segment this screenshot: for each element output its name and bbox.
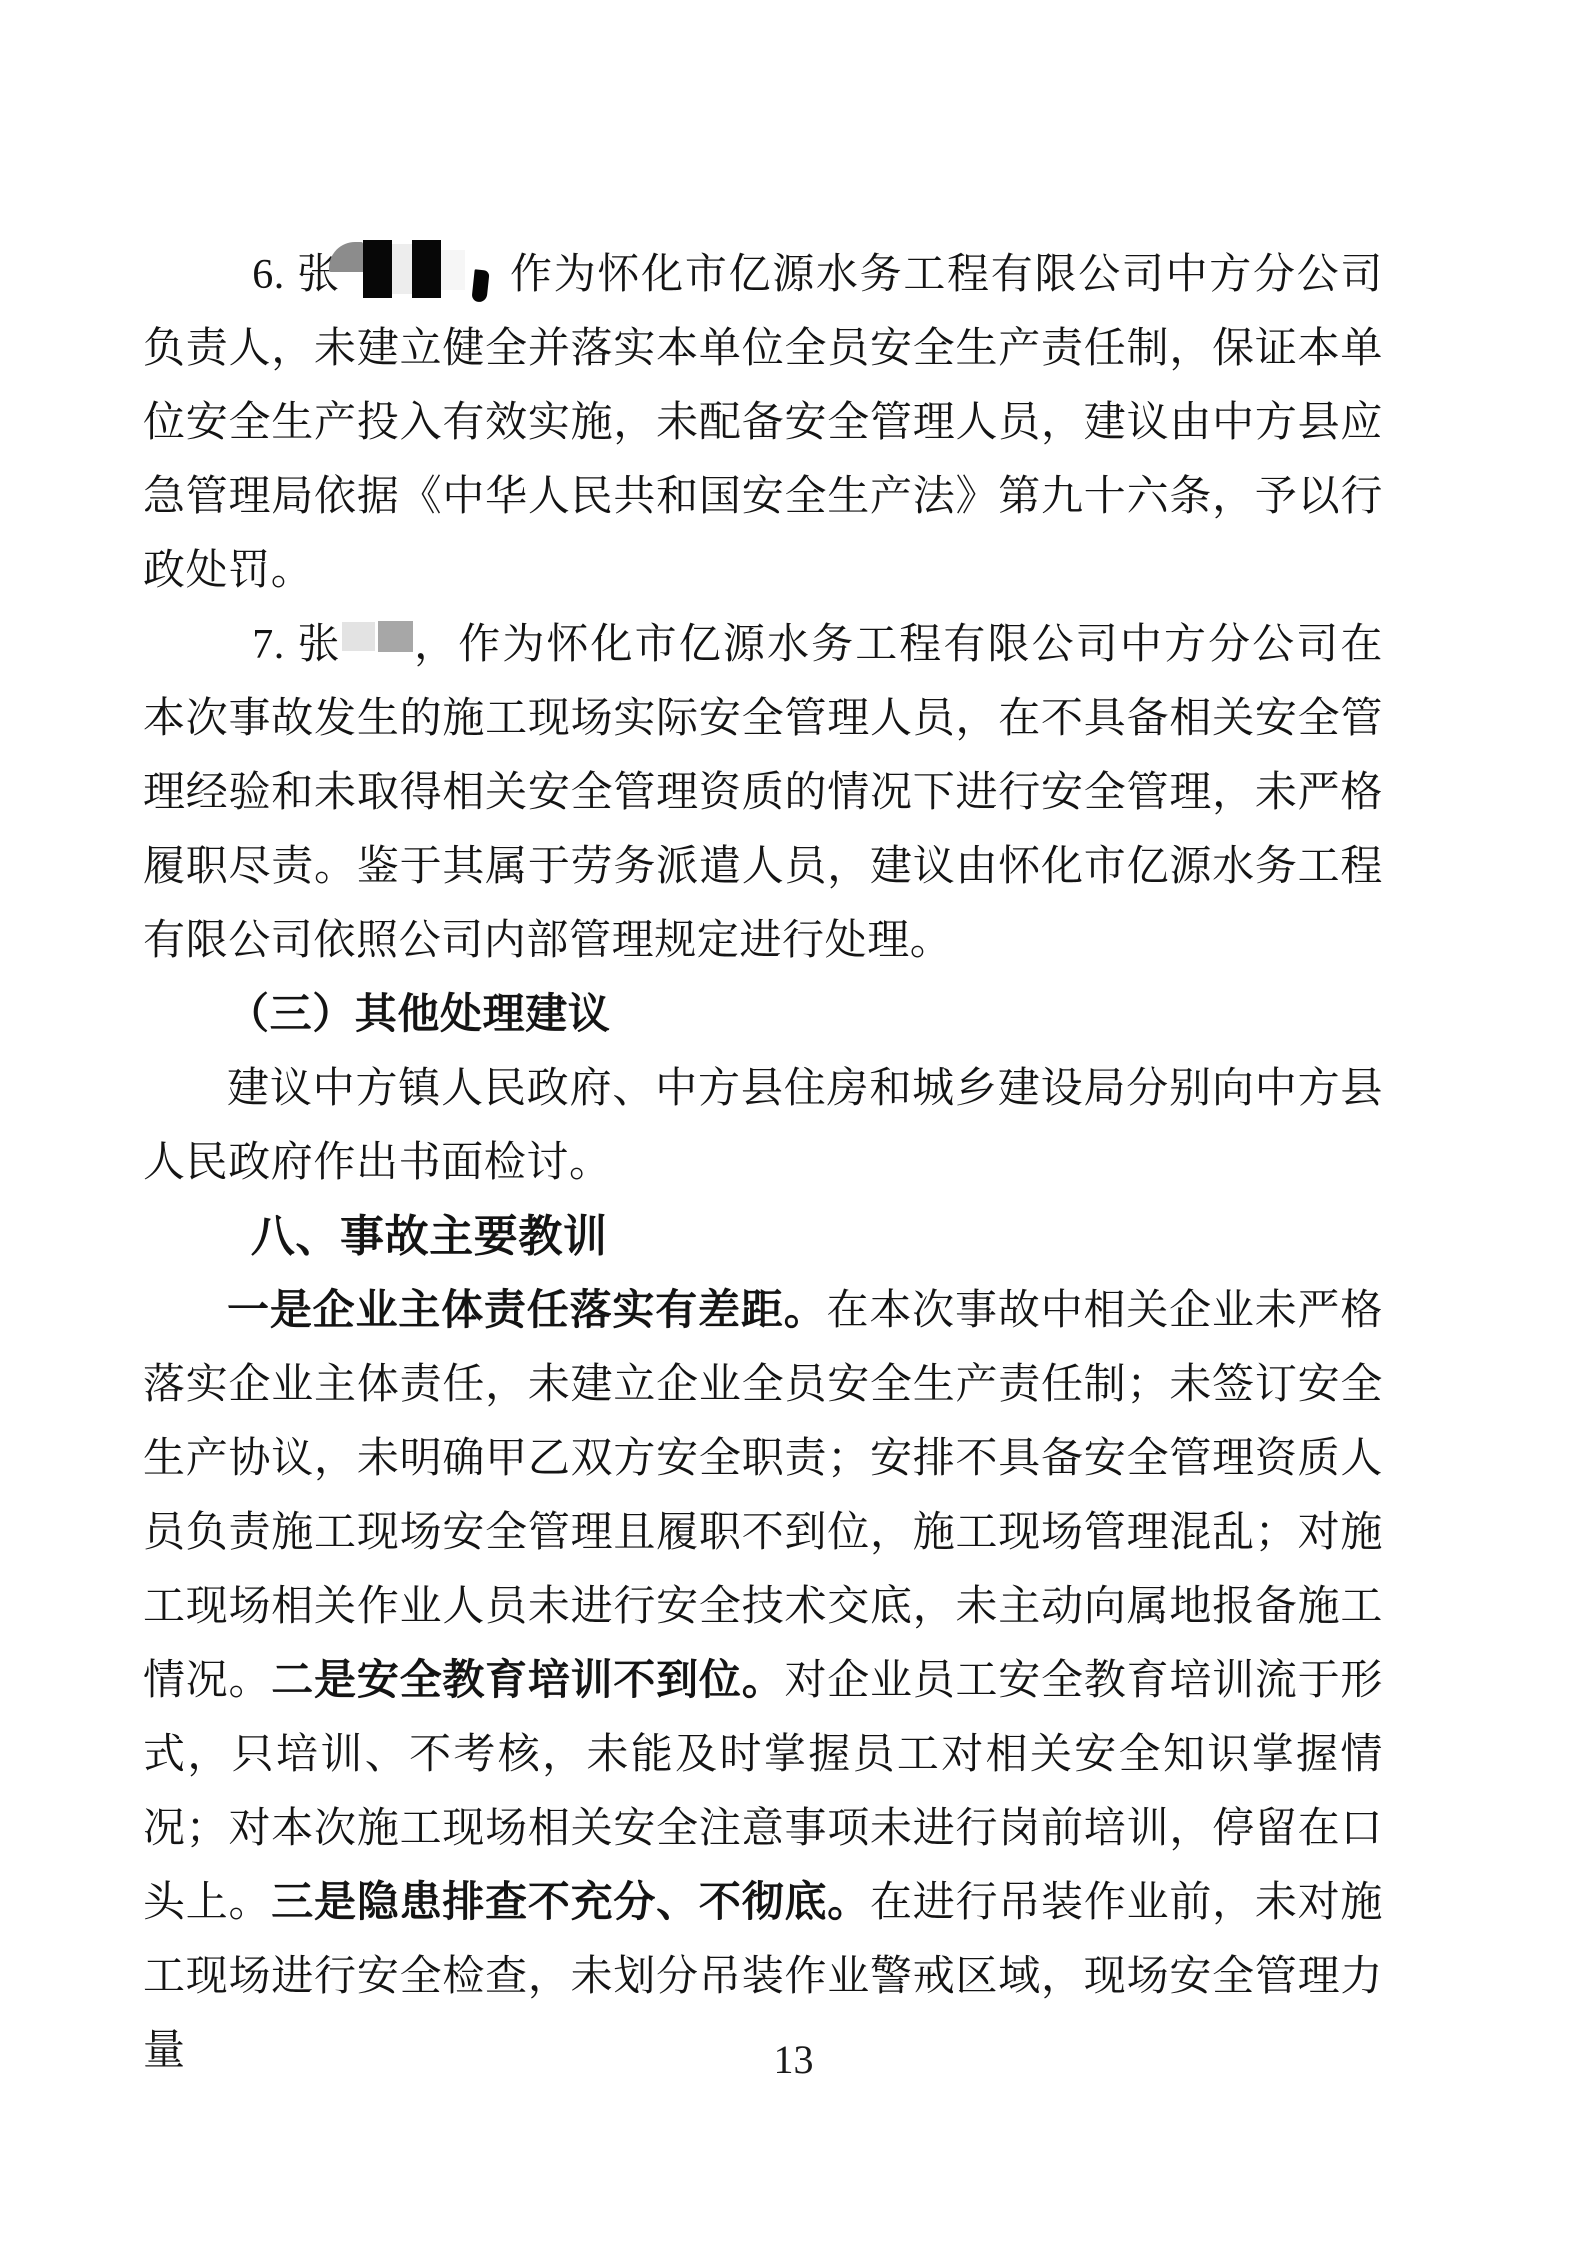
heading-lessons: 八、事故主要教训 (143, 1200, 1383, 1274)
text-run: 作为怀化市亿源水务工程有限公司中方分公司负责人，未建立健全并落实本单位全员安全生… (143, 252, 1383, 594)
redaction-box (412, 240, 441, 298)
paragraph-item-7: 7. 张，作为怀化市亿源水务工程有限公司中方分公司在本次事故发生的施工现场实际安… (143, 608, 1383, 978)
redaction-box (471, 269, 489, 302)
paragraph-lessons: 一是企业主体责任落实有差距。在本次事故中相关企业未严格落实企业主体责任，未建立企… (143, 1274, 1383, 2088)
text-run: ，作为怀化市亿源水务工程有限公司中方分公司在本次事故发生的施工现场实际安全管理人… (143, 622, 1383, 964)
redaction-box (378, 621, 413, 652)
redaction-box (441, 250, 465, 290)
text-run: 6. 张 (252, 252, 341, 298)
redaction-box (392, 244, 412, 294)
document-page: 6. 张 作为怀化市亿源水务工程有限公司中方分公司负责人，未建立健全并落实本单位… (0, 0, 1587, 2245)
emphasized-text: 三是隐患排查不充分、不彻底。 (271, 1880, 870, 1926)
redaction-box (329, 242, 363, 272)
redaction-box (342, 622, 375, 651)
text-run: 7. 张 (252, 622, 341, 668)
text-run: 八、事故主要教训 (251, 1212, 608, 1261)
text-run: （三）其他处理建议 (227, 992, 610, 1038)
heading-other-suggestions: （三）其他处理建议 (143, 978, 1383, 1052)
page-number: 13 (0, 2032, 1587, 2088)
text-run: 在本次事故中相关企业未严格落实企业主体责任，未建立企业全员安全生产责任制；未签订… (143, 1288, 1383, 1704)
paragraph-written-review: 建议中方镇人民政府、中方县住房和城乡建设局分别向中方县人民政府作出书面检讨。 (143, 1052, 1383, 1200)
emphasized-text: 一是企业主体责任落实有差距。 (227, 1288, 827, 1334)
redaction-box (363, 240, 392, 298)
report-body: 6. 张 作为怀化市亿源水务工程有限公司中方分公司负责人，未建立健全并落实本单位… (143, 238, 1383, 2088)
paragraph-item-6: 6. 张 作为怀化市亿源水务工程有限公司中方分公司负责人，未建立健全并落实本单位… (143, 238, 1383, 608)
text-run: 建议中方镇人民政府、中方县住房和城乡建设局分别向中方县人民政府作出书面检讨。 (143, 1066, 1383, 1186)
emphasized-text: 二是安全教育培训不到位。 (271, 1658, 784, 1704)
